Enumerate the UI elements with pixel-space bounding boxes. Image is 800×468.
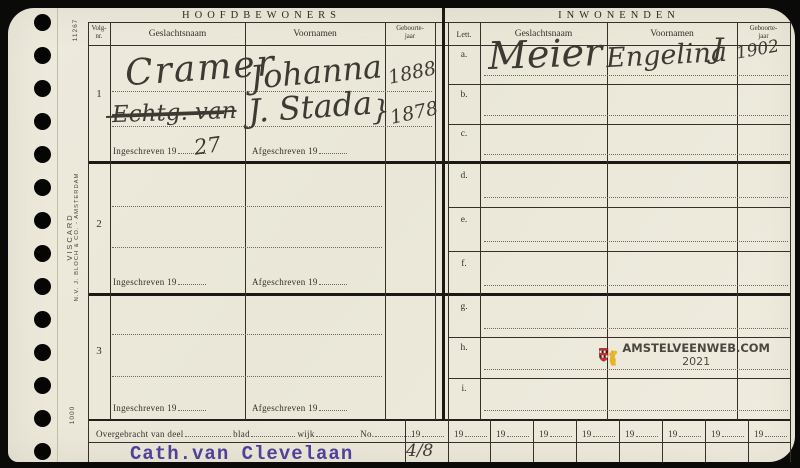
dotted-blank bbox=[375, 427, 413, 437]
binder-hole bbox=[34, 146, 51, 163]
handwriting-brace: } bbox=[372, 94, 390, 127]
binder-hole bbox=[34, 80, 51, 97]
year-cell: 19 bbox=[496, 427, 529, 439]
footer-cell-rule bbox=[619, 419, 620, 462]
binder-hole bbox=[34, 245, 51, 262]
watermark-year: 2021 bbox=[682, 355, 710, 368]
col-rule bbox=[480, 22, 481, 420]
dotted-blank bbox=[636, 427, 658, 437]
dotted-blank bbox=[422, 427, 444, 437]
footer-cell-rule bbox=[490, 419, 491, 462]
brand-name: VISCARD bbox=[65, 173, 74, 302]
footer-cell-rule bbox=[576, 419, 577, 462]
letter-e: e. bbox=[448, 215, 480, 225]
binder-hole bbox=[34, 311, 51, 328]
volgnr-1: 1 bbox=[88, 88, 110, 100]
writing-line bbox=[112, 247, 382, 248]
footer-cell-rule bbox=[662, 419, 663, 462]
afgeschreven-row3: Afgeschreven 19 bbox=[252, 401, 347, 413]
binder-hole bbox=[34, 113, 51, 130]
header-geboortejaar-left: Geboorte- jaar bbox=[385, 25, 435, 41]
writing-line bbox=[484, 410, 788, 411]
writing-line bbox=[112, 334, 382, 335]
letter-row-rule bbox=[448, 207, 790, 208]
writing-line bbox=[484, 197, 788, 198]
year-cell: 19 bbox=[411, 427, 444, 439]
section-title-hoofdbewoners: HOOFDBEWONERS bbox=[88, 10, 435, 21]
header-lett: Lett. bbox=[448, 30, 480, 39]
letter-i: i. bbox=[448, 384, 480, 394]
dotted-blank bbox=[507, 427, 529, 437]
writing-line bbox=[484, 285, 788, 286]
amstelveen-coat-of-arms-icon bbox=[598, 341, 619, 373]
writing-line bbox=[484, 154, 788, 155]
rule-under-titles bbox=[88, 22, 790, 23]
binder-hole bbox=[34, 212, 51, 229]
letter-h: h. bbox=[448, 343, 480, 353]
binder-hole bbox=[34, 443, 51, 460]
header-geslachtsnaam-left: Geslachtsnaam bbox=[110, 29, 245, 39]
writing-line bbox=[112, 376, 382, 377]
dotted-blank bbox=[251, 427, 295, 437]
col-rule bbox=[385, 22, 386, 420]
printer-name: N.V. J. BLOCH & CO. - AMSTERDAM bbox=[74, 173, 80, 302]
letter-f: f. bbox=[448, 259, 480, 269]
footer-cell-rule bbox=[705, 419, 706, 462]
handwriting-inwonende-geslachtsnaam: Meier bbox=[487, 30, 603, 78]
letter-g: g. bbox=[448, 302, 480, 312]
year-cell: 19 bbox=[668, 427, 701, 439]
binder-hole bbox=[34, 14, 51, 31]
table-right-border bbox=[790, 22, 791, 462]
watermark: AMSTELVEENWEB.COM 2021 bbox=[598, 341, 770, 373]
writing-line bbox=[112, 206, 382, 207]
ingeschreven-row3: Ingeschreven 19 bbox=[113, 401, 206, 413]
letter-b: b. bbox=[448, 90, 480, 100]
letter-row-rule bbox=[448, 251, 790, 252]
footer-cell-rule bbox=[748, 419, 749, 462]
dotted-blank bbox=[550, 427, 572, 437]
letter-row-rule bbox=[448, 84, 790, 85]
col-rule bbox=[110, 22, 111, 420]
dotted-blank bbox=[178, 275, 206, 285]
header-volgnr: Volg- nr. bbox=[88, 25, 110, 41]
binder-hole bbox=[34, 410, 51, 427]
year-cell: 19 bbox=[539, 427, 572, 439]
dotted-blank bbox=[722, 427, 744, 437]
letter-row-rule bbox=[448, 378, 790, 379]
dotted-blank bbox=[679, 427, 701, 437]
dotted-blank bbox=[185, 427, 231, 437]
handwriting-fraction: 4/8 bbox=[406, 441, 433, 461]
dotted-blank bbox=[765, 427, 787, 437]
binder-hole bbox=[34, 278, 51, 295]
serial-number-bottom: 1000 bbox=[67, 395, 77, 435]
center-divider bbox=[442, 8, 445, 420]
dotted-blank bbox=[316, 427, 358, 437]
overgebracht-line: Overgebracht van deel blad wijk No. bbox=[96, 427, 413, 439]
right-half-border bbox=[448, 22, 449, 462]
margin-rule bbox=[57, 8, 58, 462]
dotted-blank bbox=[593, 427, 615, 437]
group-rule-1 bbox=[88, 161, 790, 164]
left-half-border bbox=[435, 22, 436, 420]
printer-imprint: VISCARD N.V. J. BLOCH & CO. - AMSTERDAM bbox=[65, 173, 80, 302]
binder-hole bbox=[34, 377, 51, 394]
letter-row-rule bbox=[448, 124, 790, 125]
ingeschreven-row1: Ingeschreven 19 bbox=[113, 144, 206, 156]
binder-hole bbox=[34, 179, 51, 196]
binder-hole bbox=[34, 344, 51, 361]
volgnr-3: 3 bbox=[88, 345, 110, 357]
address-stamp: Cath.van Clevelaan bbox=[130, 443, 353, 465]
writing-line bbox=[484, 328, 788, 329]
year-cell: 19 bbox=[454, 427, 487, 439]
handwriting-ingeschreven-jaar: 27 bbox=[192, 132, 222, 159]
year-cell: 19 bbox=[754, 427, 787, 439]
footer-cell-rule bbox=[533, 419, 534, 462]
dotted-blank bbox=[178, 401, 206, 411]
year-cell: 19 bbox=[711, 427, 744, 439]
volgnr-2: 2 bbox=[88, 218, 110, 230]
handwriting-inwonende-flourish: J bbox=[712, 32, 723, 65]
letter-a: a. bbox=[448, 50, 480, 60]
header-voornamen-left: Voornamen bbox=[245, 29, 385, 39]
letter-row-rule bbox=[448, 337, 790, 338]
writing-line bbox=[484, 115, 788, 116]
year-cell: 19 bbox=[625, 427, 658, 439]
year-cell: 19 bbox=[582, 427, 615, 439]
serial-number-top: 11267 bbox=[70, 10, 80, 50]
dotted-blank bbox=[319, 401, 347, 411]
dotted-blank bbox=[319, 275, 347, 285]
handwriting-inwonende-voornamen: Engelina bbox=[605, 37, 728, 74]
ingeschreven-row2: Ingeschreven 19 bbox=[113, 275, 206, 287]
letter-d: d. bbox=[448, 171, 480, 181]
dotted-blank bbox=[319, 144, 347, 154]
lion-rampant-icon bbox=[609, 350, 617, 365]
writing-line bbox=[484, 241, 788, 242]
afgeschreven-row2: Afgeschreven 19 bbox=[252, 275, 347, 287]
binder-hole bbox=[34, 47, 51, 64]
section-title-inwonenden: INWONENDEN bbox=[448, 10, 790, 21]
dotted-blank bbox=[465, 427, 487, 437]
watermark-site: AMSTELVEENWEB.COM bbox=[622, 341, 770, 355]
rule-above-footer bbox=[88, 419, 790, 421]
group-rule-2 bbox=[88, 293, 790, 296]
letter-c: c. bbox=[448, 129, 480, 139]
scanned-register-card: 11267 VISCARD N.V. J. BLOCH & CO. - AMST… bbox=[0, 0, 800, 468]
afgeschreven-row1: Afgeschreven 19 bbox=[252, 144, 347, 156]
